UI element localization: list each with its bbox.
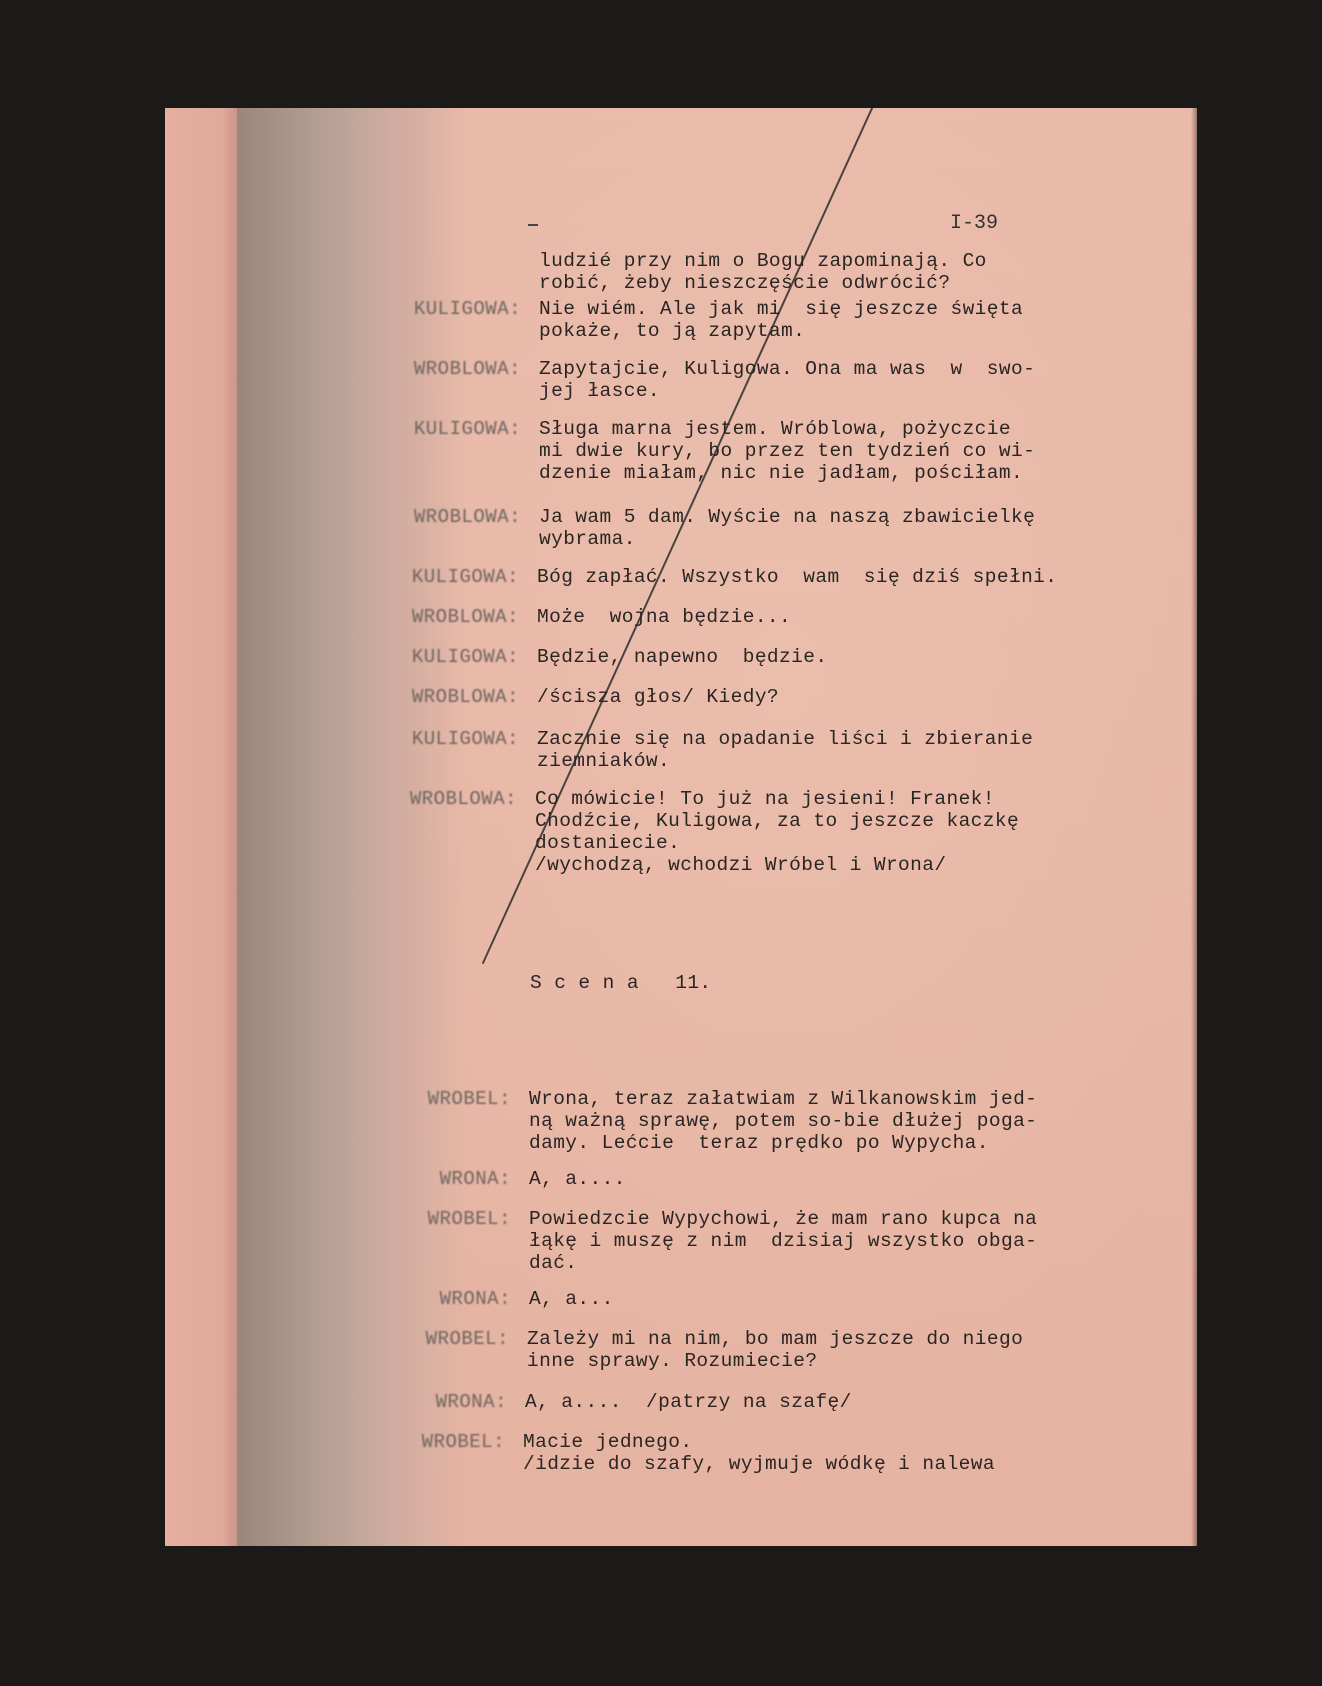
text-line: Co mówicie! To już na jesieni! Franek! <box>535 788 1019 810</box>
speaker-label: WRONA: <box>337 1391 507 1413</box>
speech-block: Zależy mi na nim, bo mam jeszcze do nieg… <box>527 1328 1023 1372</box>
speech-block: Bóg zapłać. Wszystko wam się dziś spełni… <box>537 566 1057 588</box>
text-line: wybrama. <box>539 528 1035 550</box>
speaker-label: WROBEL: <box>335 1431 505 1453</box>
text-line: łąkę i muszę z nim dzisiaj wszystko obga… <box>529 1230 1037 1252</box>
scene-heading: S c e n a 11. <box>530 972 712 994</box>
typescript-page: I-39 ludzié przy nim o Bogu zapominają. … <box>165 108 1197 1546</box>
page-edge <box>1191 108 1197 1546</box>
text-line: dostaniecie. <box>535 832 1019 854</box>
page-number: I-39 <box>950 212 998 235</box>
speech-block: A, a... <box>529 1288 614 1310</box>
text-line: /ścisza głos/ Kiedy? <box>537 686 779 708</box>
text-line: ludzié przy nim o Bogu zapominają. Co <box>539 250 987 272</box>
speaker-label: WROBLOWA: <box>349 686 519 708</box>
speaker-label: WROBLOWA: <box>347 788 517 810</box>
speaker-label: WROBEL: <box>341 1088 511 1110</box>
text-line: /wychodzą, wchodzi Wróbel i Wrona/ <box>535 854 1019 876</box>
speaker-label: KULIGOWA: <box>351 298 521 320</box>
speech-block: A, a.... <box>529 1168 626 1190</box>
text-line: A, a... <box>529 1288 614 1310</box>
text-line: jej łasce. <box>539 380 1035 402</box>
text-line: ną ważną sprawę, potem so-bie dłużej pog… <box>529 1110 1037 1132</box>
speaker-label: WROBLOWA: <box>351 358 521 380</box>
text-line: damy. Lećcie teraz prędko po Wypycha. <box>529 1132 1037 1154</box>
text-line: Nie wiém. Ale jak mi się jeszcze święta <box>539 298 1023 320</box>
speech-block: Wrona, teraz załatwiam z Wilkanowskim je… <box>529 1088 1037 1154</box>
speaker-label: WRONA: <box>341 1168 511 1190</box>
speech-block: Co mówicie! To już na jesieni! Franek!Ch… <box>535 788 1019 876</box>
text-line: mi dwie kury, bo przez ten tydzień co wi… <box>539 440 1035 462</box>
speaker-label: KULIGOWA: <box>349 646 519 668</box>
speaker-label: WROBLOWA: <box>351 506 521 528</box>
text-line: pokaże, to ją zapytam. <box>539 320 1023 342</box>
text-line: /idzie do szafy, wyjmuje wódkę i nalewa <box>523 1453 995 1475</box>
text-line: dzenie miałam, nic nie jadłam, pościłam. <box>539 462 1035 484</box>
text-line: Zacznie się na opadanie liści i zbierani… <box>537 728 1033 750</box>
text-line: A, a.... <box>529 1168 626 1190</box>
speaker-label: WROBEL: <box>341 1208 511 1230</box>
tick-mark <box>528 224 538 226</box>
speaker-label: KULIGOWA: <box>349 728 519 750</box>
text-line: Macie jednego. <box>523 1431 995 1453</box>
speech-block: Macie jednego./idzie do szafy, wyjmuje w… <box>523 1431 995 1475</box>
text-line: Zależy mi na nim, bo mam jeszcze do nieg… <box>527 1328 1023 1350</box>
text-line: Sługa marna jestem. Wróblowa, pożyczcie <box>539 418 1035 440</box>
text-line: Może wojna będzie... <box>537 606 791 628</box>
text-line: Zapytajcie, Kuligowa. Ona ma was w swo- <box>539 358 1035 380</box>
speech-block: Sługa marna jestem. Wróblowa, pożyczciem… <box>539 418 1035 484</box>
text-line: inne sprawy. Rozumiecie? <box>527 1350 1023 1372</box>
text-line: Będzie, napewno będzie. <box>537 646 827 668</box>
speaker-label: WROBLOWA: <box>349 606 519 628</box>
text-line: ziemniaków. <box>537 750 1033 772</box>
speech-block: A, a.... /patrzy na szafę/ <box>525 1391 852 1413</box>
text-line: Chodźcie, Kuligowa, za to jeszcze kaczkę <box>535 810 1019 832</box>
speech-block: Zacznie się na opadanie liści i zbierani… <box>537 728 1033 772</box>
text-line: Wrona, teraz załatwiam z Wilkanowskim je… <box>529 1088 1037 1110</box>
speech-block: /ścisza głos/ Kiedy? <box>537 686 779 708</box>
text-line: dać. <box>529 1252 1037 1274</box>
binding-flap <box>165 108 237 1546</box>
opening-lines: ludzié przy nim o Bogu zapominają. Co ro… <box>539 250 987 294</box>
text-line: Ja wam 5 dam. Wyście na naszą zbawicielk… <box>539 506 1035 528</box>
speaker-label: WRONA: <box>341 1288 511 1310</box>
speaker-label: KULIGOWA: <box>351 418 521 440</box>
speech-block: Zapytajcie, Kuligowa. Ona ma was w swo-j… <box>539 358 1035 402</box>
text-line: robić, żeby nieszczęście odwrócić? <box>539 272 987 294</box>
speech-block: Powiedzcie Wypychowi, że mam rano kupca … <box>529 1208 1037 1274</box>
text-line: Powiedzcie Wypychowi, że mam rano kupca … <box>529 1208 1037 1230</box>
speech-block: Może wojna będzie... <box>537 606 791 628</box>
speech-block: Będzie, napewno będzie. <box>537 646 827 668</box>
speaker-label: WROBEL: <box>339 1328 509 1350</box>
speech-block: Ja wam 5 dam. Wyście na naszą zbawicielk… <box>539 506 1035 550</box>
text-line: Bóg zapłać. Wszystko wam się dziś spełni… <box>537 566 1057 588</box>
text-line: A, a.... /patrzy na szafę/ <box>525 1391 852 1413</box>
speech-block: Nie wiém. Ale jak mi się jeszcze świętap… <box>539 298 1023 342</box>
speaker-label: KULIGOWA: <box>349 566 519 588</box>
